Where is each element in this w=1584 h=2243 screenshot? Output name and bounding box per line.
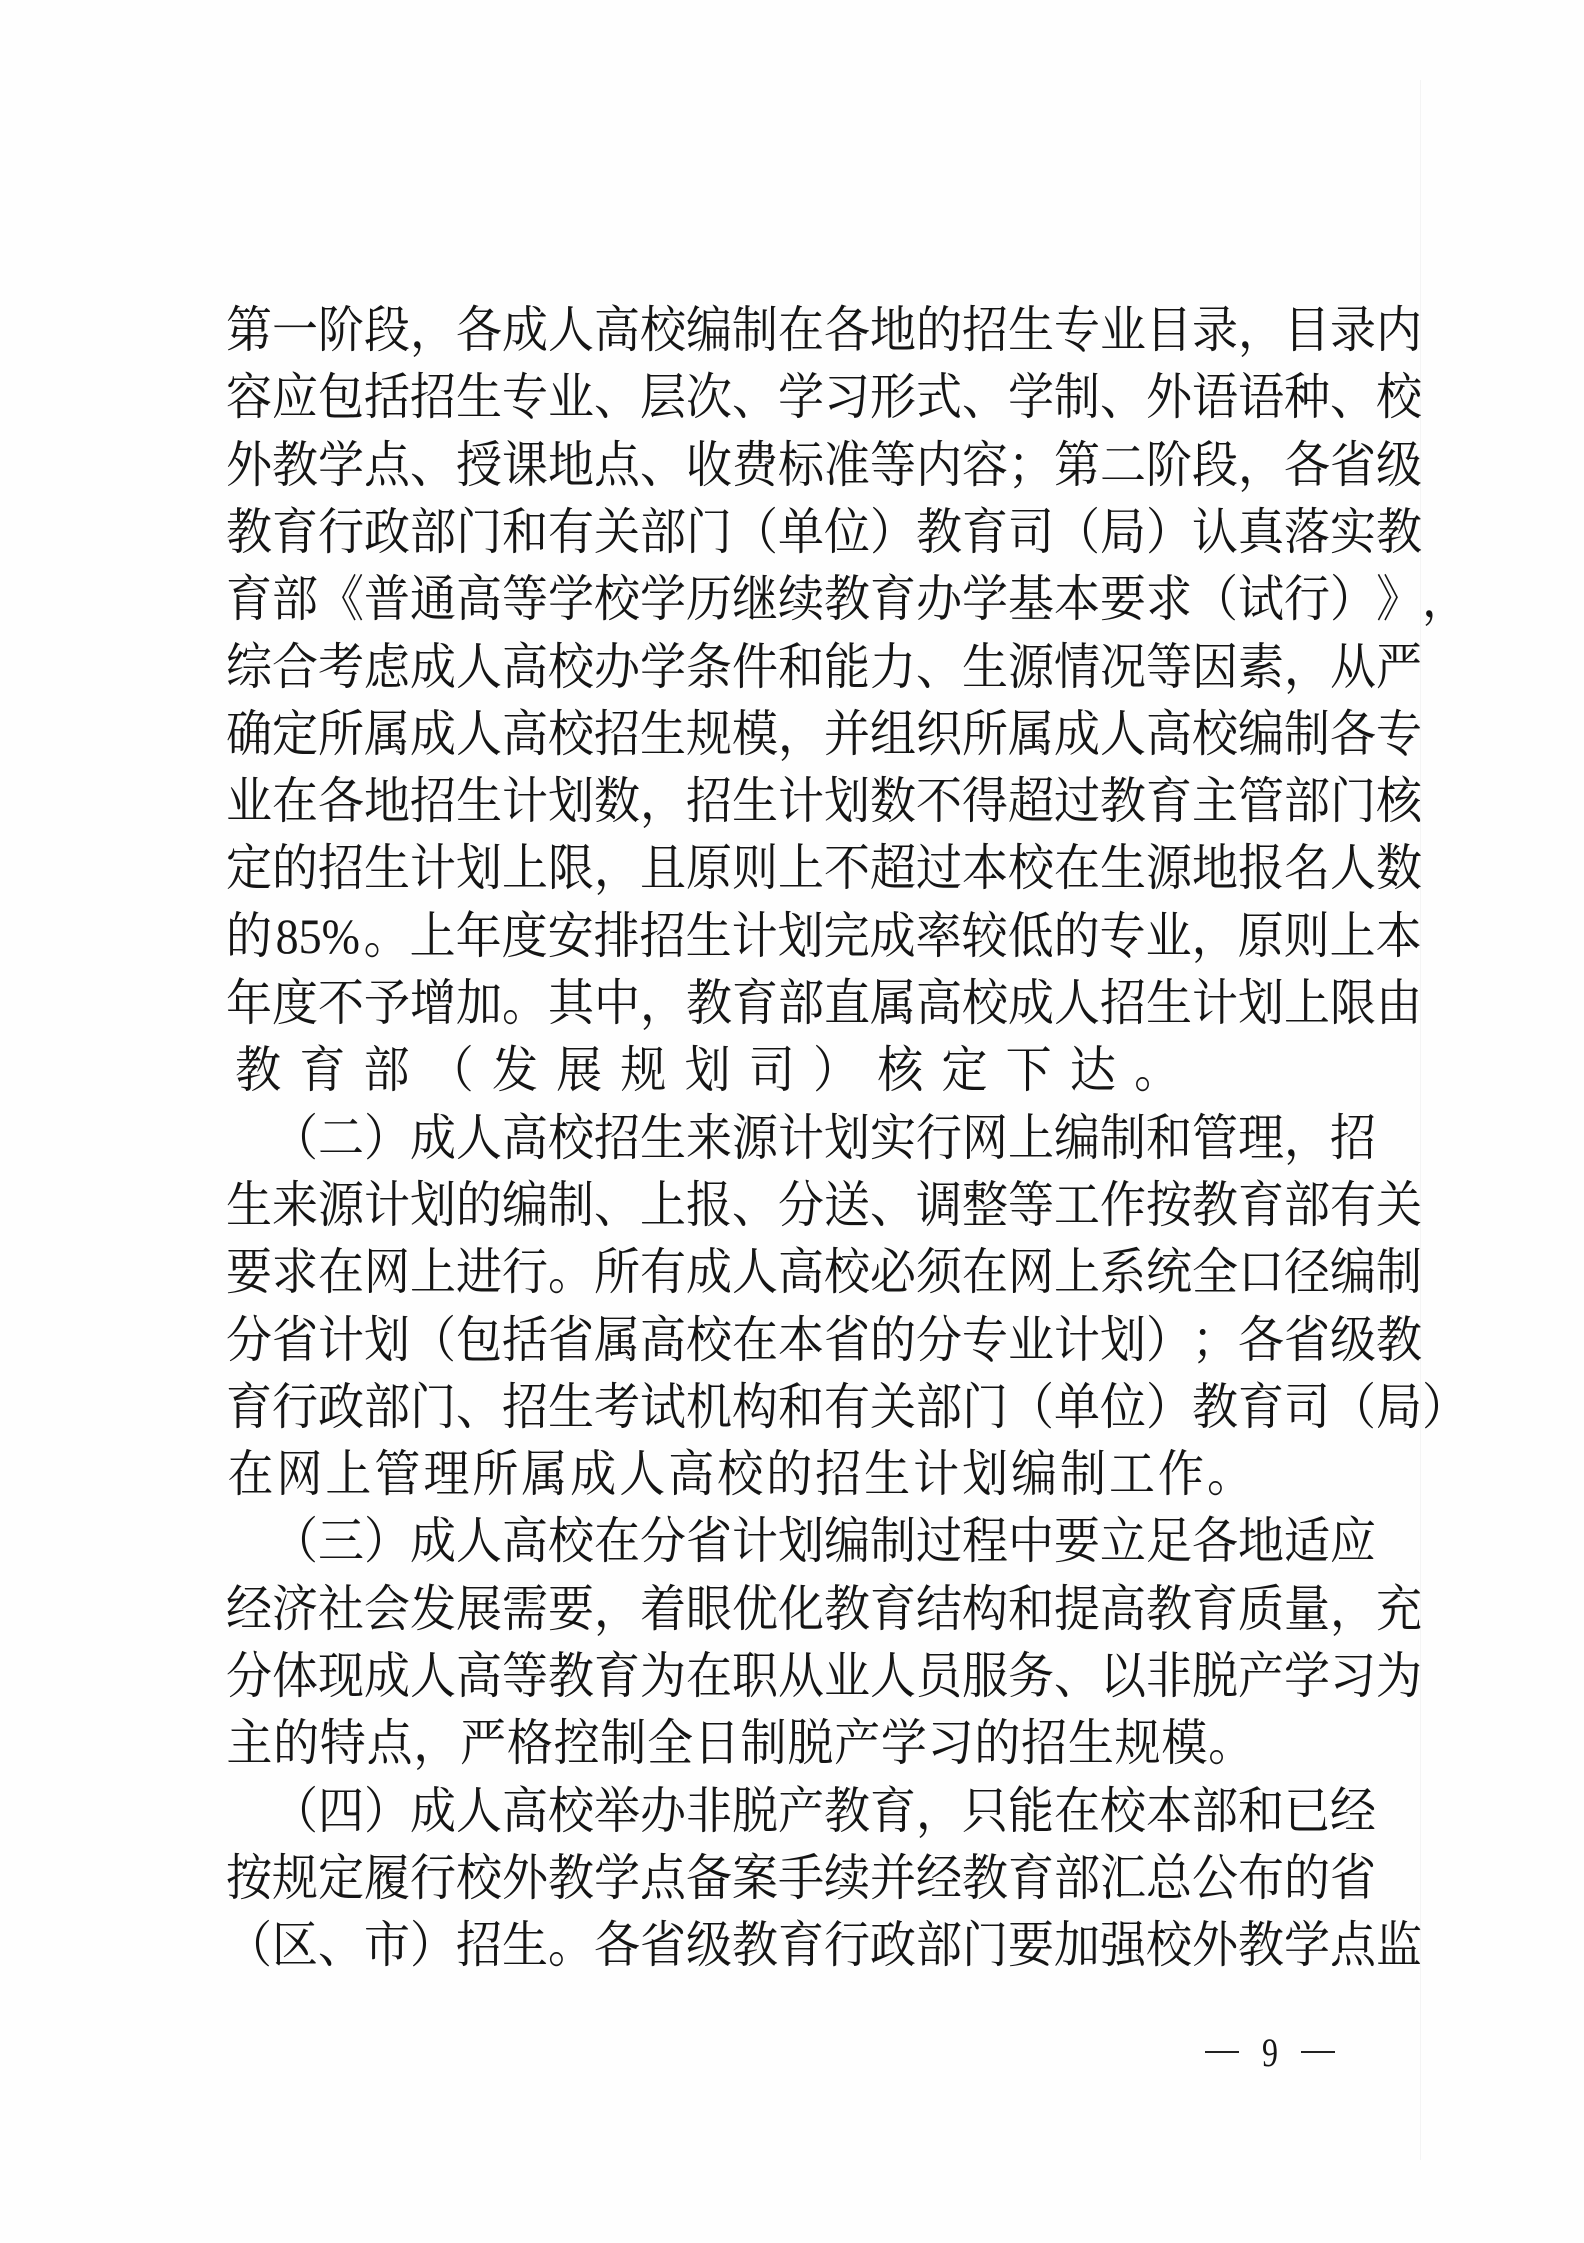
text-char: 省: [640, 1915, 686, 1975]
text-char: 行: [824, 1915, 870, 1975]
text-char: 经: [1330, 1781, 1376, 1841]
text-char: （: [272, 1781, 318, 1841]
page-number: 9: [1205, 2030, 1335, 2074]
text-line: 定的招生计划上限，且原则上不超过本校在生源地报名人数: [226, 838, 1255, 898]
text-char: 习: [824, 367, 870, 427]
text-char: 管: [373, 1444, 422, 1504]
text-char: 次: [686, 367, 732, 427]
text-char: ，: [1330, 1579, 1376, 1639]
text-char: 司: [1284, 1377, 1330, 1437]
text-char: 本: [1376, 906, 1422, 966]
text-line: 年度不予增加。其中，教育部直属高校成人招生计划上限由: [226, 973, 1255, 1033]
text-char: 全: [1192, 1242, 1238, 1302]
text-char: 在: [318, 1242, 364, 1302]
text-char: [226, 1511, 272, 1571]
text-char: 直: [824, 973, 870, 1033]
text-char: 定: [932, 1040, 996, 1100]
text-char: 括: [364, 367, 410, 427]
text-char: 高: [640, 1310, 686, 1370]
text-char: 等: [502, 569, 548, 629]
text-char: 育: [870, 569, 916, 629]
text-char: 公: [1192, 1848, 1238, 1908]
text-char: 按: [1146, 1175, 1192, 1235]
text-char: ；: [1008, 435, 1054, 495]
text-char: 各: [594, 1915, 640, 1975]
text-char: 成: [410, 637, 456, 697]
text-char: 成: [410, 1108, 456, 1168]
text-char: 历: [686, 569, 732, 629]
text-char: 中: [594, 973, 640, 1033]
text-char: 学: [594, 1848, 640, 1908]
text-line: 经济社会发展需要，着眼优化教育结构和提高教育质量，充: [226, 1579, 1255, 1639]
text-char: 学: [1284, 1646, 1330, 1706]
text-char: 部: [410, 502, 456, 562]
text-char: 口: [1238, 1242, 1284, 1302]
text-char: 部: [354, 1040, 418, 1100]
text-char: 计: [778, 771, 824, 831]
text-char: （: [419, 1040, 483, 1100]
text-char: 人: [1330, 838, 1376, 898]
text-char: 网: [364, 1242, 410, 1302]
text-char: 各: [318, 771, 364, 831]
text-char: 录: [1192, 300, 1238, 360]
text-char: ，: [640, 973, 686, 1033]
text-char: 能: [1008, 1781, 1054, 1841]
text-char: 、: [640, 435, 686, 495]
text-char: 点: [366, 1713, 413, 1773]
text-char: 编: [1238, 704, 1284, 764]
text-char: 、: [410, 435, 456, 495]
text-char: 织: [916, 704, 962, 764]
text-char: 件: [732, 637, 778, 697]
text-char: 会: [364, 1579, 410, 1639]
text-char: ）: [1146, 1377, 1192, 1437]
text-line: 主的特点，严格控制全日制脱产学习的招生规模。: [226, 1713, 1255, 1773]
text-line: 分省计划（包括省属高校在本省的分专业计划）；各省级教: [226, 1310, 1255, 1370]
text-char: 从: [1330, 637, 1376, 697]
text-char: 地: [1192, 838, 1238, 898]
text-char: 脱: [732, 1781, 778, 1841]
text-char: 省: [1330, 435, 1376, 495]
text-char: 部: [364, 1377, 410, 1437]
text-char: 《: [318, 569, 364, 629]
text-char: 本: [962, 838, 1008, 898]
text-char: 充: [1376, 1579, 1422, 1639]
text-char: 教: [1192, 1175, 1238, 1235]
text-line: 育行政部门、招生考试机构和有关部门（单位）教育司（局）: [226, 1377, 1255, 1437]
text-char: 关: [870, 1377, 916, 1437]
text-char: 85%: [272, 906, 364, 966]
text-char: 展: [456, 1579, 502, 1639]
text-char: 送: [824, 1175, 870, 1235]
text-char: 属: [520, 1444, 569, 1504]
text-char: 低: [1008, 906, 1054, 966]
text-char: 要: [1054, 1511, 1100, 1571]
text-line: 生来源计划的编制、上报、分送、调整等工作按教育部有关: [226, 1175, 1255, 1235]
text-char: （: [226, 1915, 272, 1975]
text-char: 制: [1376, 1242, 1422, 1302]
text-char: 。: [548, 1242, 594, 1302]
text-char: （: [1330, 1377, 1376, 1437]
text-char: 、: [916, 637, 962, 697]
text-char: 教: [824, 569, 870, 629]
text-char: 二: [318, 1108, 364, 1168]
text-char: 。: [1208, 1713, 1255, 1773]
text-char: 发: [483, 1040, 547, 1100]
text-char: 应: [1330, 1511, 1376, 1571]
text-char: 招: [456, 1915, 502, 1975]
text-char: 源: [1146, 838, 1192, 898]
text-char: 上: [1054, 1242, 1100, 1302]
text-char: 划: [778, 1511, 824, 1571]
text-char: 专: [1376, 704, 1422, 764]
text-char: 手: [778, 1848, 824, 1908]
text-char: 产: [1238, 1646, 1284, 1706]
text-char: 率: [916, 906, 962, 966]
text-char: 专: [1100, 906, 1146, 966]
text-char: 政: [318, 1377, 364, 1437]
text-line: 教育部（发展规划司）核定下达。: [226, 1040, 1255, 1100]
text-char: 备: [686, 1848, 732, 1908]
text-char: 高: [667, 1444, 716, 1504]
text-char: 招: [502, 1377, 548, 1437]
text-char: 总: [1146, 1848, 1192, 1908]
text-char: 质: [1238, 1579, 1284, 1639]
text-char: 高: [1146, 704, 1192, 764]
text-char: 形: [870, 367, 916, 427]
text-char: 成: [410, 1781, 456, 1841]
text-char: 确: [226, 704, 272, 764]
text-line: （四）成人高校举办非脱产教育，只能在校本部和已经: [226, 1781, 1255, 1841]
text-char: ，: [413, 1713, 460, 1773]
text-char: 续: [824, 1848, 870, 1908]
text-char: 省: [272, 1310, 318, 1370]
text-char: 划: [778, 906, 824, 966]
text-char: 中: [1008, 1511, 1054, 1571]
text-char: 生: [1008, 300, 1054, 360]
text-char: 的: [916, 300, 962, 360]
text-char: 制: [600, 1713, 647, 1773]
text-char: 段: [364, 300, 410, 360]
text-char: 计: [318, 1310, 364, 1370]
text-char: 管: [1192, 1108, 1238, 1168]
text-char: 学: [318, 435, 364, 495]
text-char: 上: [410, 906, 456, 966]
text-char: 所: [471, 1444, 520, 1504]
text-line: 的85%。上年度安排招生计划完成率较低的专业，原则上本: [226, 906, 1255, 966]
text-char: 行: [502, 1242, 548, 1302]
text-line: 确定所属成人高校招生规模，并组织所属成人高校编制各专: [226, 704, 1255, 764]
text-char: 主: [1192, 771, 1238, 831]
text-char: 统: [1146, 1242, 1192, 1302]
text-char: 排: [594, 906, 640, 966]
text-char: ）: [410, 1915, 456, 1975]
text-char: 部: [272, 569, 318, 629]
text-char: 划: [364, 1310, 410, 1370]
text-char: 制: [870, 1511, 916, 1571]
text-char: 着: [640, 1579, 686, 1639]
text-char: 内: [1376, 300, 1422, 360]
text-char: 结: [916, 1579, 962, 1639]
text-char: 招: [318, 838, 364, 898]
text-char: 职: [732, 1646, 778, 1706]
text-char: 规: [611, 1040, 675, 1100]
text-char: （: [732, 502, 778, 562]
text-line: 育部《普通高等学校学历继续教育办学基本要求（试行）》，: [226, 569, 1255, 629]
text-char: 不: [318, 973, 364, 1033]
text-char: 人: [548, 300, 594, 360]
text-char: 经: [226, 1579, 272, 1639]
text-char: 化: [778, 1579, 824, 1639]
text-char: 业: [548, 367, 594, 427]
text-char: 按: [226, 1848, 272, 1908]
text-char: 高: [502, 1511, 548, 1571]
text-char: 原: [686, 838, 732, 898]
text-char: 数: [1376, 838, 1422, 898]
text-char: 进: [456, 1242, 502, 1302]
text-char: 则: [732, 838, 778, 898]
text-char: 成: [870, 906, 916, 966]
text-char: 政: [364, 502, 410, 562]
text-char: 定: [226, 838, 272, 898]
text-char: 级: [1330, 1310, 1376, 1370]
text-char: 式: [916, 367, 962, 427]
text-char: 属: [594, 1310, 640, 1370]
text-line: 外教学点、授课地点、收费标准等内容；第二阶段，各省级: [226, 435, 1255, 495]
text-char: 费: [732, 435, 778, 495]
text-char: 在: [1054, 838, 1100, 898]
text-char: 足: [1146, 1511, 1192, 1571]
text-char: 属: [364, 704, 410, 764]
text-char: 严: [460, 1713, 507, 1773]
text-char: （: [1054, 502, 1100, 562]
text-char: 制: [1054, 367, 1100, 427]
text-char: 优: [732, 1579, 778, 1639]
text-char: 市: [364, 1915, 410, 1975]
text-char: 制: [732, 300, 778, 360]
text-char: （: [1008, 1377, 1054, 1437]
text-char: （: [1192, 569, 1238, 629]
text-char: 成: [1008, 973, 1054, 1033]
text-char: 本: [1054, 569, 1100, 629]
text-char: 加: [1054, 1915, 1100, 1975]
text-char: 生: [686, 906, 732, 966]
text-char: 校: [1192, 704, 1238, 764]
text-char: 习: [1330, 1646, 1376, 1706]
text-char: 招: [410, 771, 456, 831]
text-char: 特: [319, 1713, 366, 1773]
text-char: 综: [226, 637, 272, 697]
text-char: 招: [594, 704, 640, 764]
text-char: 、: [318, 1915, 364, 1975]
text-char: 高: [916, 973, 962, 1033]
text-char: 编: [1010, 1444, 1059, 1504]
text-char: 等: [502, 1646, 548, 1706]
text-char: 外: [1146, 367, 1192, 427]
text-char: 教: [226, 502, 272, 562]
text-char: 、: [1330, 367, 1376, 427]
text-char: 部: [778, 973, 824, 1033]
text-char: 划: [961, 1444, 1010, 1504]
text-char: 部: [1192, 1781, 1238, 1841]
text-char: 学: [962, 569, 1008, 629]
text-char: 人: [456, 1511, 502, 1571]
text-char: 地: [870, 300, 916, 360]
text-char: 》: [1376, 569, 1422, 629]
text-char: 校: [962, 973, 1008, 1033]
text-char: 录: [1330, 300, 1376, 360]
text-char: 划: [824, 771, 870, 831]
text-char: 适: [1284, 1511, 1330, 1571]
text-char: 语: [1238, 367, 1284, 427]
text-char: 校: [548, 1108, 594, 1168]
text-char: 教: [686, 973, 732, 1033]
text-char: 育: [1146, 771, 1192, 831]
text-char: 点: [364, 435, 410, 495]
text-char: 招: [594, 1108, 640, 1168]
text-char: 规: [1114, 1713, 1161, 1773]
text-char: 和: [778, 1377, 824, 1437]
text-char: 人: [456, 704, 502, 764]
text-char: 要: [226, 1242, 272, 1302]
text-char: 达: [1061, 1040, 1125, 1100]
text-char: 教: [1192, 1377, 1238, 1437]
text-line: （二）成人高校招生来源计划实行网上编制和管理，招: [226, 1108, 1255, 1168]
text-char: 制: [1100, 1108, 1146, 1168]
text-char: ，: [778, 704, 824, 764]
text-char: 生: [1146, 973, 1192, 1033]
text-char: 、: [1054, 1646, 1100, 1706]
text-char: 且: [640, 838, 686, 898]
text-char: 强: [1100, 1915, 1146, 1975]
text-char: 计: [410, 838, 456, 898]
text-char: 人: [456, 1108, 502, 1168]
text-char: 招: [1021, 1713, 1068, 1773]
text-char: 度: [272, 973, 318, 1033]
text-char: 第: [1054, 435, 1100, 495]
text-char: 考: [318, 637, 364, 697]
text-char: 源: [318, 1175, 364, 1235]
text-char: 育: [1238, 1377, 1284, 1437]
text-char: 实: [870, 1108, 916, 1168]
text-char: 政: [870, 1915, 916, 1975]
text-char: 组: [870, 704, 916, 764]
text-char: 校: [1146, 1915, 1192, 1975]
text-char: 求: [272, 1242, 318, 1302]
text-char: 业: [1100, 300, 1146, 360]
text-char: 系: [1100, 1242, 1146, 1302]
text-char: 量: [1284, 1579, 1330, 1639]
text-char: 网: [962, 1108, 1008, 1168]
text-char: 校: [716, 1444, 765, 1504]
text-char: 学: [640, 637, 686, 697]
text-char: 教: [548, 1646, 594, 1706]
text-char: 力: [870, 637, 916, 697]
text-char: 、: [962, 367, 1008, 427]
text-char: 门: [410, 1377, 456, 1437]
text-char: 各: [1284, 435, 1330, 495]
text-char: 分: [778, 1175, 824, 1235]
text-char: 等: [1008, 1175, 1054, 1235]
text-char: 格: [506, 1713, 553, 1773]
text-char: 日: [693, 1713, 740, 1773]
text-char: 省: [686, 1511, 732, 1571]
text-char: 产: [778, 1781, 824, 1841]
text-char: 人: [870, 1646, 916, 1706]
text-char: 成: [1054, 704, 1100, 764]
text-char: 高: [456, 569, 502, 629]
text-char: 门: [686, 502, 732, 562]
text-char: 素: [1238, 637, 1284, 697]
text-char: 虑: [364, 637, 410, 697]
text-char: 实: [1330, 502, 1376, 562]
text-char: 高: [502, 1108, 548, 1168]
text-char: （: [272, 1511, 318, 1571]
text-char: 校: [548, 1511, 594, 1571]
text-char: 、: [456, 1377, 502, 1437]
text-char: 上: [1284, 973, 1330, 1033]
text-char: 教: [1376, 502, 1422, 562]
text-char: 分: [226, 1646, 272, 1706]
text-char: 。: [364, 906, 410, 966]
text-char: 单: [1054, 1377, 1100, 1437]
text-char: 并: [870, 1848, 916, 1908]
text-char: 招: [410, 367, 456, 427]
text-char: 完: [824, 906, 870, 966]
text-char: 各: [1192, 1511, 1238, 1571]
text-char: 育: [1238, 1175, 1284, 1235]
text-char: 的: [456, 1175, 502, 1235]
text-char: 授: [456, 435, 502, 495]
text-char: 准: [824, 435, 870, 495]
text-char: 学: [778, 367, 824, 427]
text-char: 业: [226, 771, 272, 831]
text-char: 一: [272, 300, 318, 360]
text-char: 构: [962, 1579, 1008, 1639]
text-char: 。: [548, 1915, 594, 1975]
text-char: ）: [364, 1511, 410, 1571]
text-char: 和: [502, 502, 548, 562]
text-char: 门: [456, 502, 502, 562]
text-char: 人: [456, 637, 502, 697]
text-char: 超: [1008, 771, 1054, 831]
text-char: 习: [927, 1713, 974, 1773]
text-char: 分: [640, 1511, 686, 1571]
text-char: 业: [1146, 906, 1192, 966]
text-char: 规: [272, 1848, 318, 1908]
text-char: 课: [502, 435, 548, 495]
text-char: 的: [1054, 906, 1100, 966]
text-char: 人: [732, 1242, 778, 1302]
text-char: 校: [640, 300, 686, 360]
text-char: 和: [1146, 1108, 1192, 1168]
text-char: 发: [410, 1579, 456, 1639]
text-char: 条: [686, 637, 732, 697]
text-char: 限: [1330, 973, 1376, 1033]
text-char: 原: [1238, 906, 1284, 966]
text-char: 行: [1284, 569, 1330, 629]
text-char: 、: [870, 1175, 916, 1235]
text-char: 以: [1100, 1646, 1146, 1706]
text-char: 等: [1146, 637, 1192, 697]
text-char: 上: [1330, 906, 1376, 966]
text-char: 上: [640, 1175, 686, 1235]
text-char: 包: [318, 367, 364, 427]
text-char: ）: [1146, 502, 1192, 562]
text-char: 计: [732, 906, 778, 966]
text-char: 校: [824, 1242, 870, 1302]
text-char: 教: [1238, 1915, 1284, 1975]
